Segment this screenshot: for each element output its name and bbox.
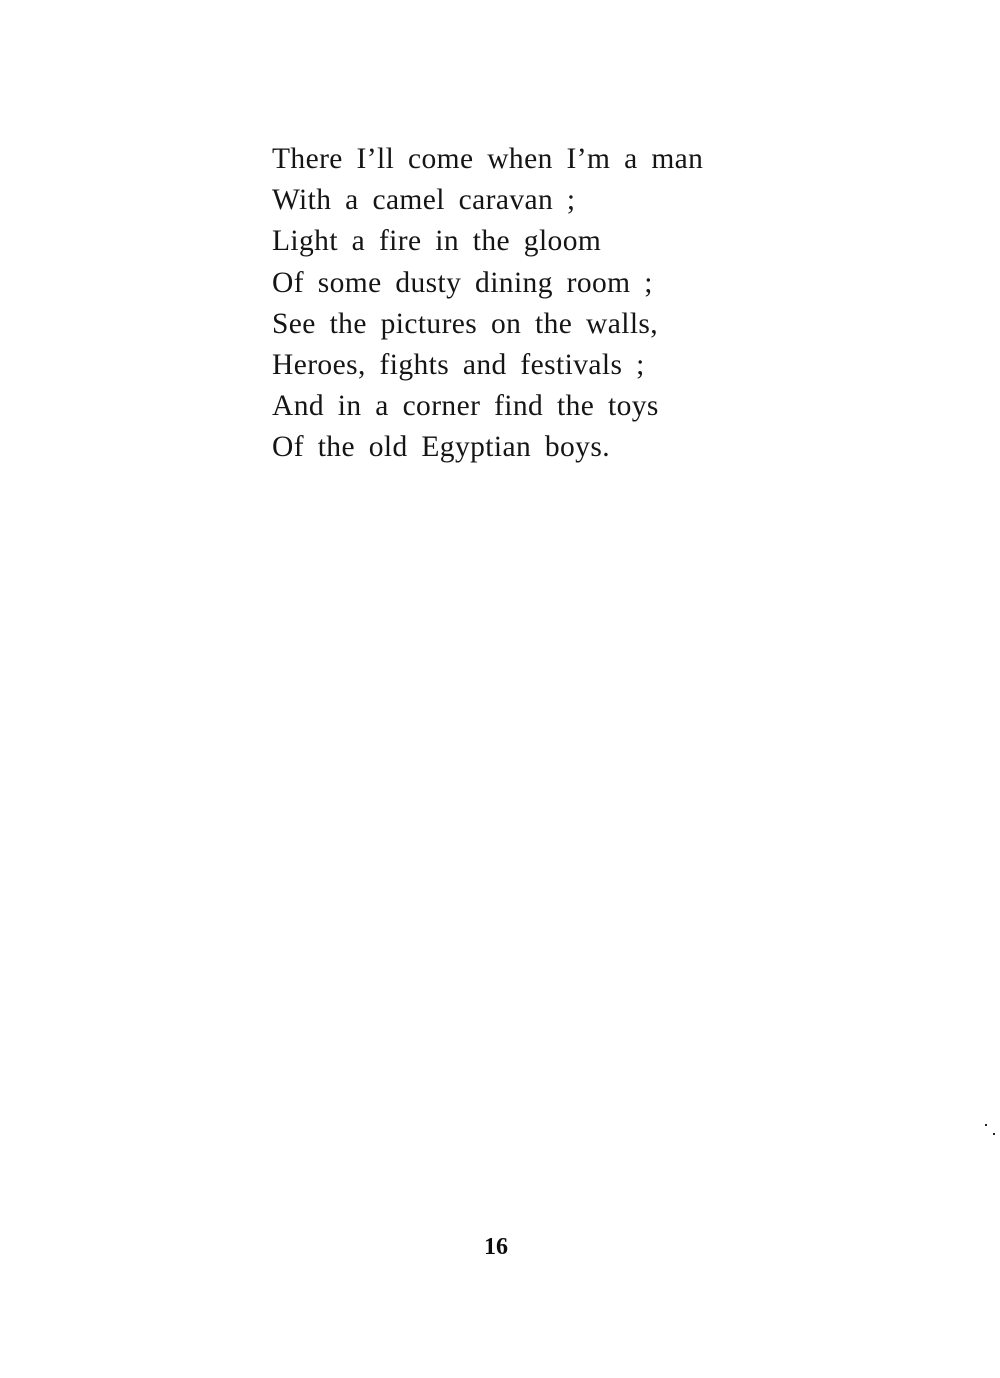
poem-line: There I’ll come when I’m a man bbox=[272, 139, 703, 180]
poem-line: Heroes, fights and festivals ; bbox=[272, 345, 703, 386]
poem-line: And in a corner find the toys bbox=[272, 386, 703, 427]
page-number: 16 bbox=[484, 1234, 508, 1261]
book-page: There I’ll come when I’m a man With a ca… bbox=[0, 0, 1000, 1378]
poem-line: See the pictures on the walls, bbox=[272, 304, 703, 345]
scan-speck bbox=[993, 1133, 995, 1135]
poem-line: Of some dusty dining room ; bbox=[272, 263, 703, 304]
poem-line: With a camel caravan ; bbox=[272, 180, 703, 221]
scan-speck bbox=[985, 1124, 987, 1126]
poem-stanza: There I’ll come when I’m a man With a ca… bbox=[272, 139, 703, 469]
poem-line: Of the old Egyptian boys. bbox=[272, 427, 703, 468]
poem-line: Light a fire in the gloom bbox=[272, 221, 703, 262]
